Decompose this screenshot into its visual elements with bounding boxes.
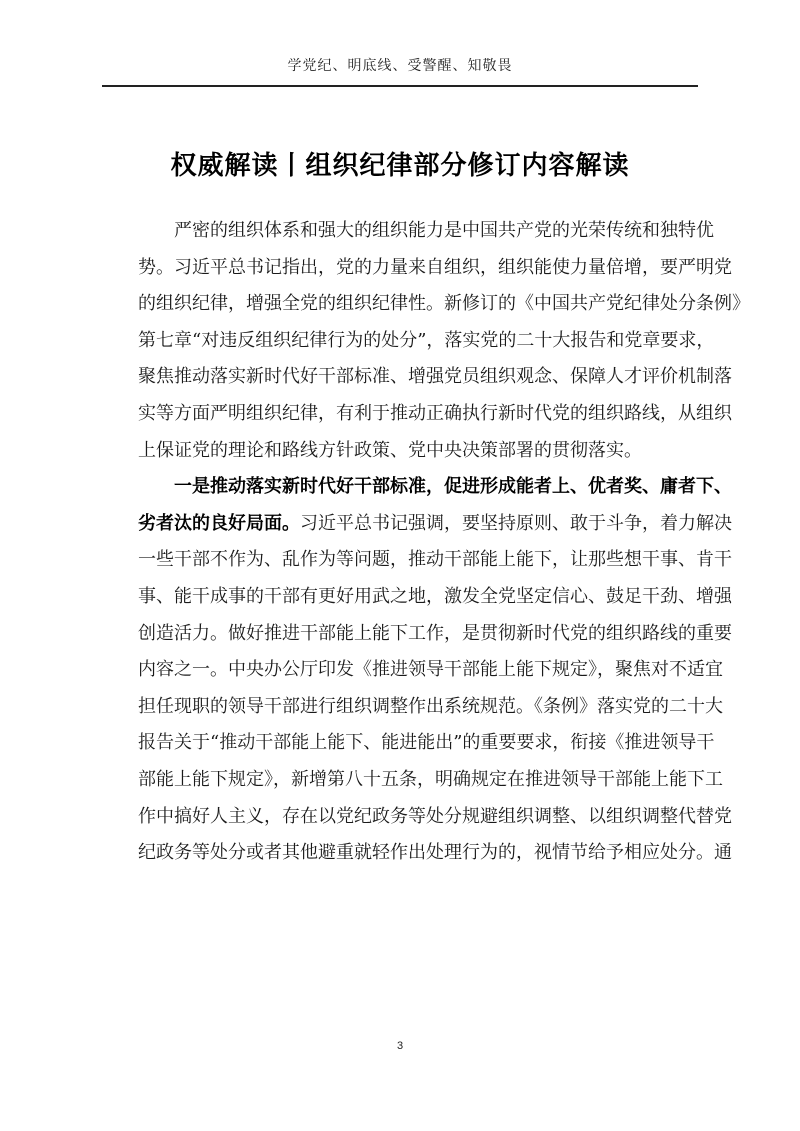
text-line: 作中搞好人主义，存在以党纪政务等处分规避组织调整、以组织调整代替党 xyxy=(102,799,698,836)
text-line: 聚焦推动落实新时代好干部标准、增强党员组织观念、保障人才评价机制落 xyxy=(102,359,698,396)
page-number: 3 xyxy=(0,1040,800,1052)
paragraph-intro: 严密的组织体系和强大的组织能力是中国共产党的光荣传统和独特优 势。习近平总书记指… xyxy=(102,213,698,469)
paragraph-point-one: 一是推动落实新时代好干部标准，促进形成能者上、优者奖、庸者下、 劣者汰的良好局面… xyxy=(102,469,698,872)
text-line: 一些干部不作为、乱作为等问题，推动干部能上能下，让那些想干事、肯干 xyxy=(102,542,698,579)
text-line: 创造活力。做好推进干部能上能下工作，是贯彻新时代党的组织路线的重要 xyxy=(102,616,698,653)
text-line: 纪政务等处分或者其他避重就轻作出处理行为的，视情节给予相应处分。通 xyxy=(102,835,698,872)
bold-lead-line: 一是推动落实新时代好干部标准，促进形成能者上、优者奖、庸者下、 xyxy=(102,469,698,506)
text-line: 第七章“对违反组织纪律行为的处分”，落实党的二十大报告和党章要求， xyxy=(102,323,698,360)
text-line: 内容之一。中央办公厅印发《推进领导干部能上能下规定》，聚焦对不适宜 xyxy=(102,652,698,689)
text-line-rest: 习近平总书记强调，要坚持原则、敢于斗争，着力解决 xyxy=(300,513,732,534)
document-title: 权威解读丨组织纪律部分修订内容解读 xyxy=(0,145,800,182)
text-line: 上保证党的理论和路线方针政策、党中央决策部署的贯彻落实。 xyxy=(102,433,698,470)
document-body: 严密的组织体系和强大的组织能力是中国共产党的光荣传统和独特优 势。习近平总书记指… xyxy=(102,213,698,872)
text-line: 部能上能下规定》，新增第八十五条，明确规定在推进领导干部能上能下工 xyxy=(102,762,698,799)
text-line: 的组织纪律，增强全党的组织纪律性。新修订的《中国共产党纪律处分条例》 xyxy=(102,286,698,323)
text-line: 势。习近平总书记指出，党的力量来自组织，组织能使力量倍增，要严明党 xyxy=(102,250,698,287)
bold-lead-text: 劣者汰的良好局面。 xyxy=(138,513,300,534)
text-line: 严密的组织体系和强大的组织能力是中国共产党的光荣传统和独特优 xyxy=(102,213,698,250)
text-line: 事、能干成事的干部有更好用武之地，激发全党坚定信心、鼓足干劲、增强 xyxy=(102,579,698,616)
text-line: 担任现职的领导干部进行组织调整作出系统规范。《条例》落实党的二十大 xyxy=(102,689,698,726)
text-line: 劣者汰的良好局面。习近平总书记强调，要坚持原则、敢于斗争，着力解决 xyxy=(102,506,698,543)
running-header: 学党纪、明底线、受警醒、知敬畏 xyxy=(102,52,698,87)
text-line: 报告关于“推动干部能上能下、能进能出”的重要要求，衔接《推进领导干 xyxy=(102,725,698,762)
text-line: 实等方面严明组织纪律，有利于推动正确执行新时代党的组织路线，从组织 xyxy=(102,396,698,433)
running-header-text: 学党纪、明底线、受警醒、知敬畏 xyxy=(288,58,513,74)
